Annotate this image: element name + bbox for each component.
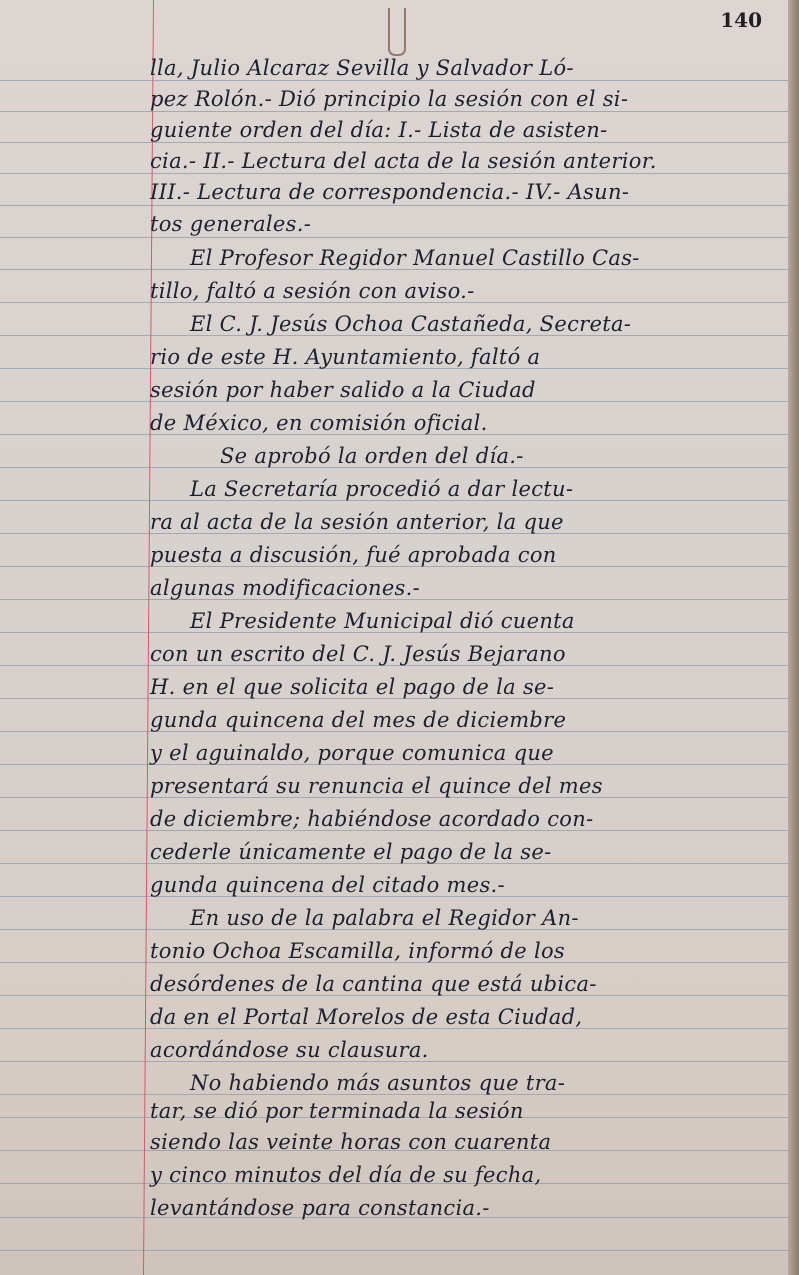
text-line: cederle únicamente el pago de la se- (150, 838, 788, 866)
book-page-edge (788, 0, 799, 1275)
text-line: tillo, faltó a sesión con aviso.- (150, 277, 788, 305)
text-line: III.- Lectura de correspondencia.- IV.- … (150, 178, 788, 206)
text-line: tonio Ochoa Escamilla, informó de los (150, 937, 788, 965)
text-line: El Profesor Regidor Manuel Castillo Cas- (150, 244, 788, 272)
text-line: puesta a discusión, fué aprobada con (150, 541, 788, 569)
text-line: algunas modificaciones.- (150, 574, 788, 602)
rule-line (0, 1250, 788, 1251)
text-line: tar, se dió por terminada la sesión (150, 1097, 788, 1125)
text-line: de México, en comisión oficial. (150, 409, 788, 437)
text-line: En uso de la palabra el Regidor An- (150, 904, 788, 932)
text-line: presentará su renuncia el quince del mes (150, 772, 788, 800)
text-line: de diciembre; habiéndose acordado con- (150, 805, 788, 833)
text-line: levantándose para constancia.- (150, 1194, 788, 1222)
text-line: y cinco minutos del día de su fecha, (150, 1161, 788, 1189)
text-line: y el aguinaldo, porque comunica que (150, 739, 788, 767)
text-line: El C. J. Jesús Ochoa Castañeda, Secreta- (150, 310, 788, 338)
text-line: da en el Portal Morelos de esta Ciudad, (150, 1003, 788, 1031)
text-line: El Presidente Municipal dió cuenta (150, 607, 788, 635)
text-line: siendo las veinte horas con cuarenta (150, 1128, 788, 1156)
ledger-page: 140 lla, Julio Alcaraz Sevilla y Salvado… (0, 0, 788, 1275)
text-line: pez Rolón.- Dió principio la sesión con … (150, 85, 788, 113)
text-line: Se aprobó la orden del día.- (150, 442, 788, 470)
text-line: No habiendo más asuntos que tra- (150, 1069, 788, 1097)
text-line: tos generales.- (150, 210, 788, 238)
text-line: rio de este H. Ayuntamiento, faltó a (150, 343, 788, 371)
text-line: lla, Julio Alcaraz Sevilla y Salvador Ló… (150, 54, 788, 82)
text-line: sesión por haber salido a la Ciudad (150, 376, 788, 404)
text-line: La Secretaría procedió a dar lectu- (150, 475, 788, 503)
text-line: con un escrito del C. J. Jesús Bejarano (150, 640, 788, 668)
text-line: desórdenes de la cantina que está ubica- (150, 970, 788, 998)
ink-mark (388, 8, 406, 56)
text-line: cia.- II.- Lectura del acta de la sesión… (150, 147, 788, 175)
text-line: gunda quincena del citado mes.- (150, 871, 788, 899)
text-line: guiente orden del día: I.- Lista de asis… (150, 116, 788, 144)
text-line: H. en el que solicita el pago de la se- (150, 673, 788, 701)
text-line: gunda quincena del mes de diciembre (150, 706, 788, 734)
text-line: ra al acta de la sesión anterior, la que (150, 508, 788, 536)
page-number: 140 (720, 8, 762, 32)
text-line: acordándose su clausura. (150, 1036, 788, 1064)
